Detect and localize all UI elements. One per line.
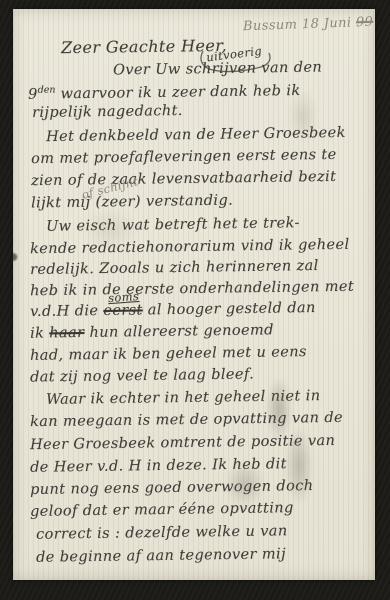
handwritten-line: correct is : dezelfde welke u van — [36, 523, 288, 543]
handwritten-line: Heer Groesbeek omtrent de positie van — [30, 433, 335, 453]
handwritten-line: punt nog eens goed overwogen doch — [30, 478, 314, 498]
paper-stain-dot — [13, 252, 18, 262]
handwritten-line: dat zij nog veel te laag bleef. — [30, 366, 254, 385]
handwritten-line: geloof dat er maar ééne opvatting — [30, 500, 294, 520]
vdh-struck-word: eerst — [103, 302, 143, 319]
hun-pre: ik — [30, 325, 49, 341]
handwritten-line: Het denkbeeld van de Heer Groesbeek — [46, 125, 346, 145]
handwritten-line: redelijk. Zooals u zich herinneren zal — [30, 258, 319, 278]
handwritten-line: Waar ik echter in het geheel niet in — [46, 388, 321, 408]
date-text: Bussum 18 Juni — [243, 15, 356, 34]
date-line: Bussum 18 Juni 99 — [243, 15, 374, 35]
salutation-line: Zeer Geachte Heer, — [61, 36, 227, 57]
handwritten-line: rijpelijk nagedacht. — [32, 103, 183, 121]
handwritten-line: Over Uw schrijven van den — [113, 60, 322, 79]
handwritten-line: om met proefafleveringen eerst eens te — [31, 147, 337, 167]
hun-post: hun allereerst genoemd — [84, 322, 274, 341]
handwritten-line: de Heer v.d. H in deze. Ik heb dit — [30, 456, 287, 476]
handwritten-line: Uw eisch wat betreft het te trek- — [46, 215, 300, 235]
handwritten-line: 9den waarvoor ik u zeer dank heb ik — [28, 81, 301, 103]
handwritten-line: kende redactiehonorarium vind ik geheel — [30, 237, 350, 257]
handwritten-line: lijkt mij (zeer) verstandig. — [31, 193, 233, 212]
line-nine-rest: waarvoor ik u zeer dank heb ik — [55, 83, 300, 102]
handwritten-line: had, maar ik ben geheel met u eens — [30, 344, 307, 364]
handwritten-line: zien of de zaak levensvatbaarheid bezit — [31, 169, 336, 189]
handwritten-line: kan meegaan is met de opvatting van de — [30, 410, 343, 430]
handwritten-line: ik haar hun allereerst genoemd — [30, 322, 274, 341]
hun-struck-word: haar — [49, 325, 84, 341]
date-year-struck: 99 — [356, 15, 374, 31]
line-nine-num: 9 — [28, 87, 38, 103]
line-nine-sup: den — [38, 85, 56, 96]
letter-page: Bussum 18 Juni 99 Zeer Geachte Heer, uit… — [13, 9, 375, 580]
paper-smudge — [266, 377, 292, 441]
handwritten-line: heb ik in de eerste onderhandelingen met — [30, 279, 354, 300]
handwritten-line: v.d.H die eerst al hooger gesteld dan — [30, 300, 316, 320]
vdh-post: al hooger gesteld dan — [143, 300, 316, 318]
handwritten-line: de beginne af aan tegenover mij — [36, 546, 286, 565]
vdh-pre: v.d.H die — [30, 303, 104, 320]
